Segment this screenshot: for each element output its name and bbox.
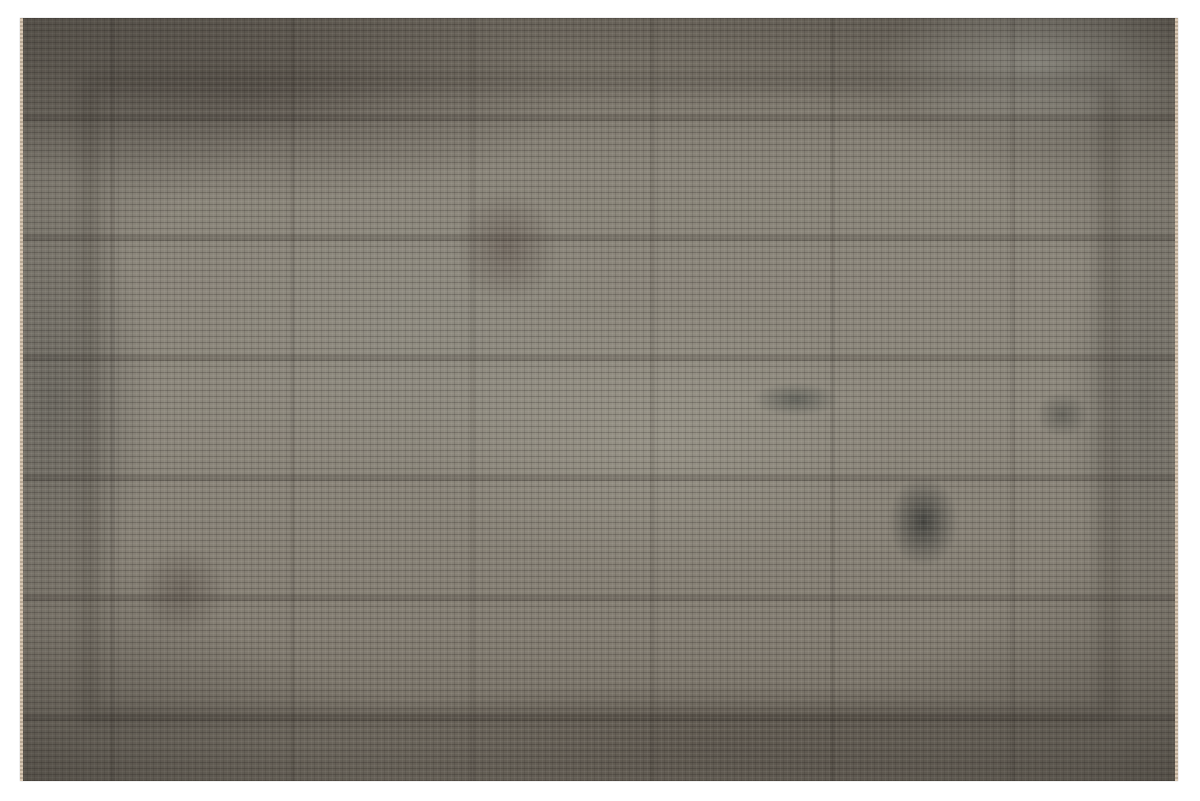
rug-fringe-left [20,18,23,781]
product-photo [0,0,1200,801]
rug-vignette [20,18,1178,781]
rug-fringe-right [1175,18,1178,781]
rug [20,18,1178,781]
